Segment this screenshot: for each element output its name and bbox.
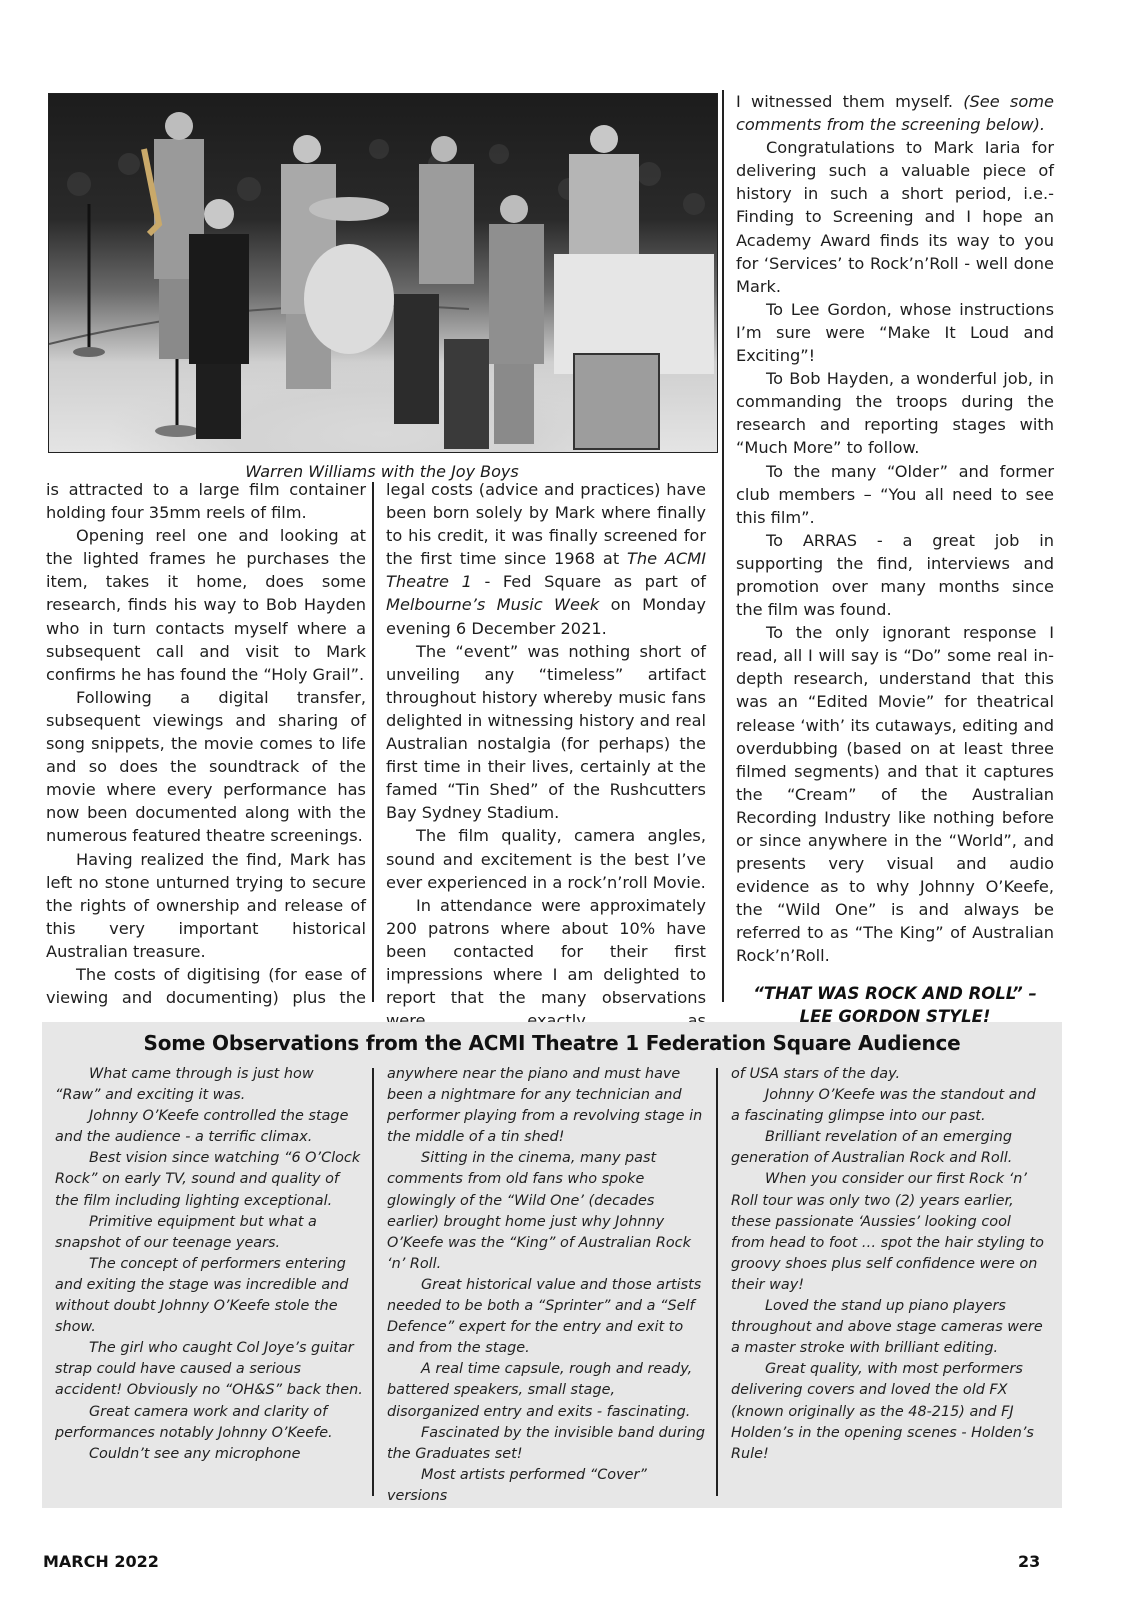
observation-item: Johnny O’Keefe controlled the stage and … <box>55 1106 363 1148</box>
observation-item: Great historical value and those artists… <box>387 1275 705 1359</box>
article-paragraph: In attendance were approximately 200 pat… <box>386 894 706 1033</box>
article-paragraph: To the only ignorant response I read, al… <box>736 621 1054 967</box>
article-paragraph: To the many “Older” and former club memb… <box>736 460 1054 529</box>
column-divider <box>372 1068 374 1496</box>
column-divider <box>716 1068 718 1496</box>
observation-item: The girl who caught Col Joye’s guitar st… <box>55 1338 363 1401</box>
article-paragraph: To Lee Gordon, whose instructions I’m su… <box>736 298 1054 367</box>
observation-item: What came through is just how “Raw” and … <box>55 1064 363 1106</box>
article-paragraph: The film quality, camera angles, sound a… <box>386 824 706 893</box>
observation-item: Johnny O’Keefe was the standout and a fa… <box>731 1085 1047 1127</box>
band-photo <box>48 93 718 453</box>
column-divider <box>372 482 374 1002</box>
article-paragraph: Congratulations to Mark Iaria for delive… <box>736 136 1054 298</box>
article-paragraph: To Bob Hayden, a wonderful job, in comma… <box>736 367 1054 459</box>
article-column-3: I witnessed them myself. (See some comme… <box>736 90 1054 1028</box>
band-photo-illustration <box>49 94 717 452</box>
observation-item: Loved the stand up piano players through… <box>731 1296 1047 1359</box>
article-column-2: legal costs (advice and practices) have … <box>386 478 706 1032</box>
observations-column-1: What came through is just how “Raw” and … <box>55 1064 363 1465</box>
article-paragraph: The “event” was nothing short of unveili… <box>386 640 706 825</box>
column-divider <box>722 90 724 1002</box>
issue-date: MARCH 2022 <box>43 1552 159 1571</box>
page-number: 23 <box>1018 1552 1040 1571</box>
closing-slogan: “THAT WAS ROCK AND ROLL” – LEE GORDON ST… <box>736 982 1054 1028</box>
observation-item: Brilliant revelation of an emerging gene… <box>731 1127 1047 1169</box>
observations-column-3: of USA stars of the day. Johnny O’Keefe … <box>731 1064 1047 1465</box>
observation-item: Most artists performed “Cover” versions <box>387 1465 705 1507</box>
event-name: Melbourne’s Music Week <box>386 595 599 614</box>
observation-item: A real time capsule, rough and ready, ba… <box>387 1359 705 1422</box>
observation-item: Great quality, with most performers deli… <box>731 1359 1047 1464</box>
article-paragraph: is attracted to a large film container h… <box>46 478 366 524</box>
observation-item: anywhere near the piano and must have be… <box>387 1064 705 1148</box>
observation-item: Couldn’t see any microphone <box>55 1444 363 1465</box>
observation-item: Fascinated by the invisible band during … <box>387 1423 705 1465</box>
article-paragraph: legal costs (advice and practices) have … <box>386 478 706 640</box>
observation-item: The concept of performers entering and e… <box>55 1254 363 1338</box>
observations-column-2: anywhere near the piano and must have be… <box>387 1064 705 1507</box>
observation-item: of USA stars of the day. <box>731 1064 1047 1085</box>
article-paragraph: I witnessed them myself. (See some comme… <box>736 90 1054 136</box>
observation-item: Great camera work and clarity of perform… <box>55 1402 363 1444</box>
article-paragraph: Opening reel one and looking at the ligh… <box>46 524 366 686</box>
observations-title: Some Observations from the ACMI Theatre … <box>42 1031 1062 1055</box>
observation-item: Best vision since watching “6 O’Clock Ro… <box>55 1148 363 1211</box>
article-paragraph: Having realized the find, Mark has left … <box>46 848 366 963</box>
article-column-1: is attracted to a large film container h… <box>46 478 366 1009</box>
article-paragraph: The costs of digitising (for ease of vie… <box>46 963 366 1009</box>
article-paragraph: Following a digital transfer, subsequent… <box>46 686 366 848</box>
observation-item: Primitive equipment but what a snapshot … <box>55 1212 363 1254</box>
observation-item: When you consider our first Rock ‘n’ Rol… <box>731 1169 1047 1296</box>
observation-item: Sitting in the cinema, many past comment… <box>387 1148 705 1275</box>
article-paragraph: To ARRAS - a great job in supporting the… <box>736 529 1054 621</box>
